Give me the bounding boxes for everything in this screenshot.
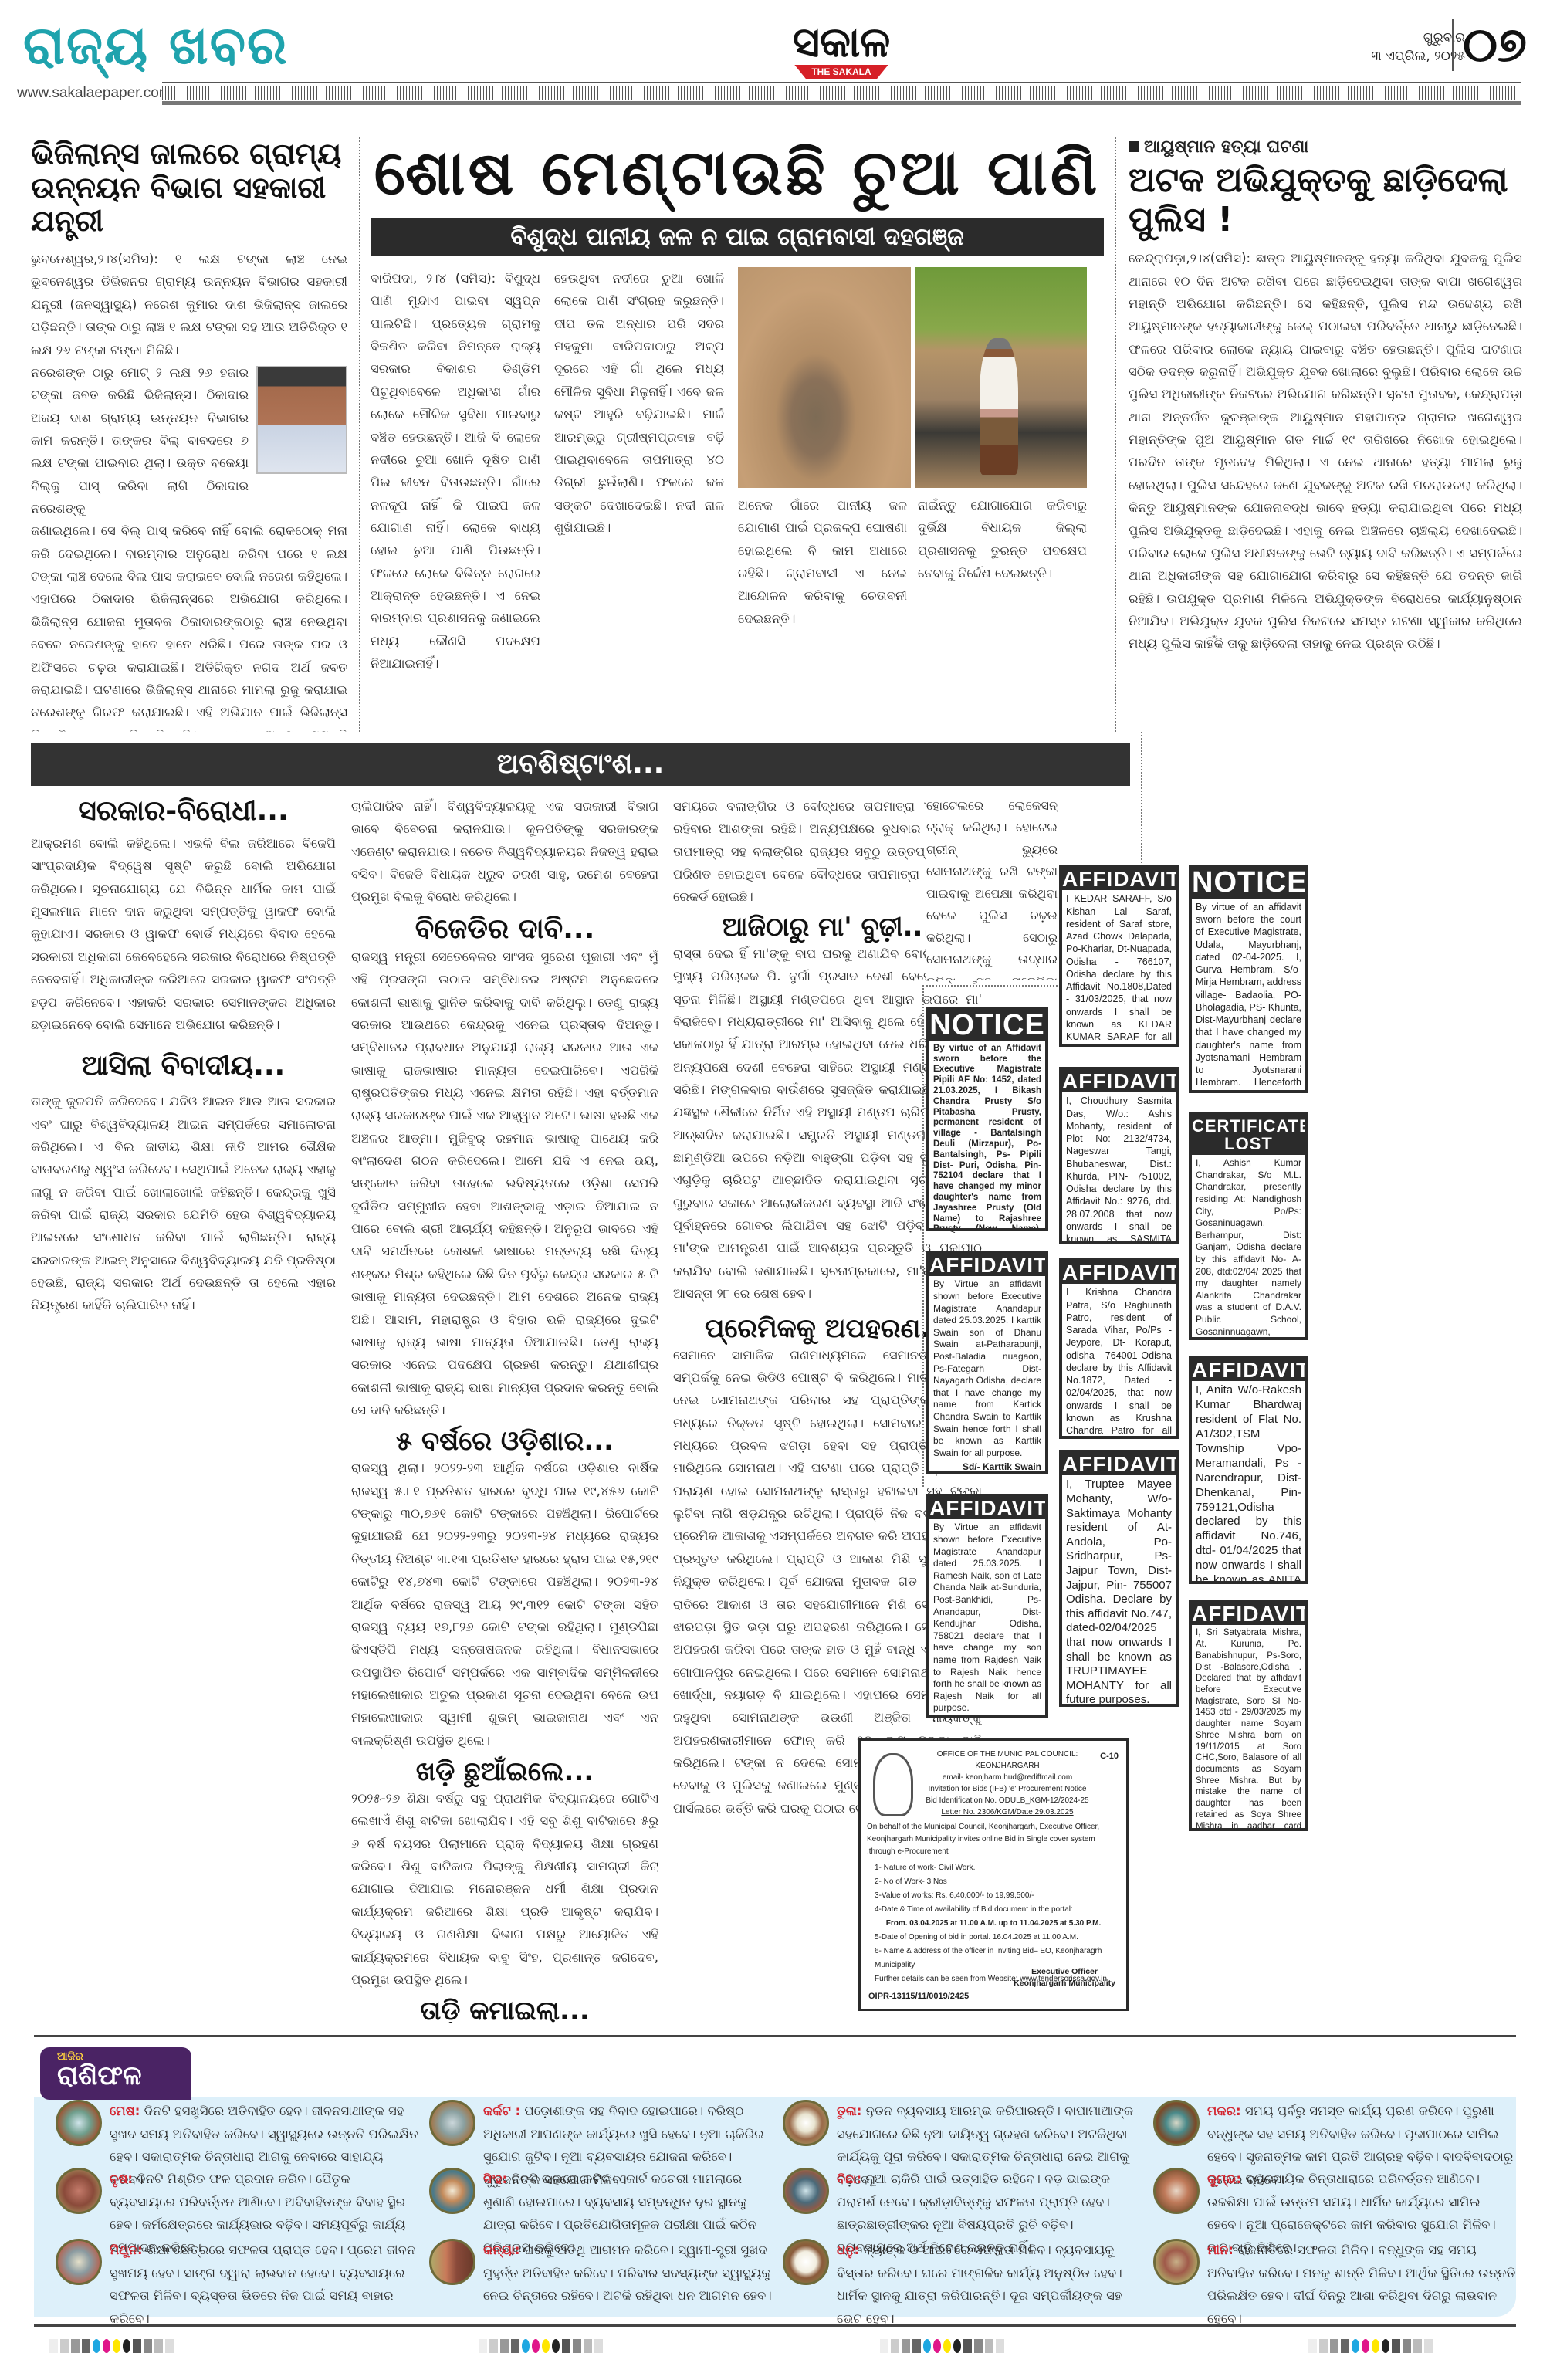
rashi-pisces: ମୀନ: ରାଜନୀତିରେ ସଫଳତା ମିଳିବ। ବନ୍ଧୁଙ୍କ ସହ … (1153, 2239, 1516, 2331)
section-title: ରାଜ୍ୟ ଖବର (23, 15, 289, 77)
story-text: ରାଜସ୍ୱ ମନ୍ତ୍ରୀ ସେତେବେଳର ସାଂସଦ ସୁରେଶ ପୂଜା… (351, 946, 658, 1422)
logo-text: ସକାଳ (787, 22, 895, 63)
subhead: ଖଡ଼ି ଛୁଆଁଇଲେ... (351, 1756, 658, 1787)
classified-affidavit: AFFIDAVIT I KEDAR SARAFF, S/o Kishan Lal… (1059, 865, 1179, 1047)
rashifal-col-4: ମକର: ସମୟ ପୂର୍ବରୁ ସମସ୍ତ କାର୍ଯ୍ୟ ପୂରଣ କରିବ… (1153, 2100, 1516, 2331)
tender-email[interactable]: email- keonjharm.hud@rediffmail.com (919, 1772, 1095, 1783)
municipal-emblem-icon (873, 1753, 913, 1816)
masthead-rule (162, 82, 1521, 105)
divider (926, 985, 1073, 987)
continued-col-1: ସରକାର-ବିରୋଧୀ... ଆକ୍ରମଣ ବୋଲି କହିଥିଲେ। ଏଭଳ… (31, 795, 336, 2023)
classified-notice: NOTICE By virtue of an Affidavit sworn b… (926, 1007, 1048, 1231)
color-registration-strip (479, 2339, 603, 2353)
rashifal-tab: ଆଜିର ରାଶିଫଳ (40, 2047, 191, 2100)
tender-code: C-10 (1100, 1752, 1119, 1761)
continued-col-2: ଚାଲିପାରିବ ନାହିଁ। ବିଶ୍ୱବିଦ୍ୟାଳୟକୁ ଏକ ସରକା… (351, 795, 658, 2023)
rashi-virgo: କନ୍ୟା: ଘରକୁ ଅତିଥି ଆଗମନ କରିବେ। ସ୍ୱାମୀ-ସ୍ତ… (429, 2239, 777, 2307)
story-ayushman: ଆୟୁଷ୍ମାନ ହତ୍ୟା ଘଟଣା ଅଟକ ଅଭିଯୁକ୍ତକୁ ଛାଡ଼ି… (1129, 137, 1522, 732)
color-registration-strip (49, 2339, 174, 2353)
story-col-1: ବାରିପଦା, ୨।୪ (ସମିସ): ବିଶୁଦ୍ଧ ପାଣି ମୁନ୍ଦା… (371, 267, 540, 699)
tender-item: 2- No of Work- 3 Nos (875, 1875, 1112, 1889)
square-bullet-icon (1129, 141, 1139, 152)
story-intro: ଭୁବନେଶ୍ୱର,୨।୪(ସମିସ): ୧ ଲକ୍ଷ ଟଙ୍କା ଲାଞ୍ଚ … (31, 248, 347, 361)
site-url[interactable]: www.sakalaepaper.com (17, 85, 171, 102)
logo-tagline: THE SAKALA (794, 65, 888, 79)
tender-item: 4-Date & Time of availability of Bid doc… (875, 1903, 1112, 1917)
headline: ଅଟକ ଅଭିଯୁକ୍ତକୁ ଛାଡ଼ିଦେଲା ପୁଲିସ ! (1129, 161, 1522, 239)
story-text: ନରେଶଙ୍କ ଠାରୁ ମୋଟ୍ ୨ ଲକ୍ଷ ୨୬ ହଜାର ଟଙ୍କା ଜ… (31, 361, 249, 520)
headline: ଶୋଷ ମେଣ୍ଟାଉଛି ଚୁଆ ପାଣି (371, 137, 1104, 208)
tender-title: Invitation for Bids (IFB) 'e' Procuremen… (919, 1783, 1095, 1795)
color-registration-strip (880, 2339, 1004, 2353)
classified-affidavit: AFFIDAVIT I, Sri Satyabrata Mishra, At. … (1189, 1600, 1308, 1831)
divider (34, 2035, 1516, 2037)
story-col-4: ନାଇଁନ୍ତୁ ଯୋଗାଯୋଗ କରିବାରୁ ଦୁର୍ଭିକ୍ଷ ବିଧାୟ… (918, 494, 1087, 695)
subhead: ତାଡ଼ି କମାଇଲା... (351, 1996, 658, 2023)
dug-water-pit-photo (738, 267, 911, 488)
tender-availability: From. 03.04.2025 at 11.00 A.M. up to 11.… (875, 1917, 1112, 1931)
rashifal-col-2: କର୍କଟ : ପଡ଼ୋଶୀଙ୍କ ସହ ବିବାଦ ହୋଇପାରେ। ବରିଷ… (429, 2100, 777, 2307)
classified-certificate-lost: CERTIFICATE LOST I, Ashish Kumar Chandra… (1189, 1112, 1308, 1340)
scorpio-icon (783, 2168, 829, 2214)
classified-affidavit: AFFIDAVIT I, Truptee Mayee Mohanty, W/o-… (1059, 1450, 1179, 1707)
rashi-scorpio: ବିଛା: ନୂଆ ଚାକିରି ପାଇଁ ଉତ୍ସାହିତ ରହିବେ। ବଡ… (783, 2168, 1138, 2239)
tender-ref: OIPR-13115/11/0019/2425 (868, 1992, 969, 2001)
person-photo (256, 366, 347, 474)
aquarius-icon (1153, 2168, 1200, 2214)
date: ୩ ଏପ୍ରିଲ, ୨୦୨୫ (1371, 48, 1465, 66)
issue-date: ଗୁରୁବାର ୩ ଏପ୍ରିଲ, ୨୦୨୫ (1371, 29, 1465, 66)
tender-item: 3-Value of works: Rs. 6,40,000/- to 19,9… (875, 1889, 1112, 1903)
story-vigilance: ଭିଜିଲାନ୍ସ ଜାଲରେ ଗ୍ରାମ୍ୟ ଉନ୍ନୟନ ବିଭାଗ ସହକ… (31, 137, 347, 732)
classified-affidavit: AFFIDAVIT I, Anita W/o-Rakesh Kumar Bhar… (1189, 1356, 1308, 1584)
subhead: ୫ ବର୍ଷରେ ଓଡ଼ିଶାର... (351, 1426, 658, 1457)
rashi-capricorn: ମକର: ସମୟ ପୂର୍ବରୁ ସମସ୍ତ କାର୍ଯ୍ୟ ପୂରଣ କରିବ… (1153, 2100, 1516, 2168)
aries-icon (56, 2100, 102, 2146)
tender-intro: On behalf of the Municipal Council, Keon… (861, 1818, 1126, 1861)
tender-letter: Letter No. 2306/KGM/Date 29.03.2025 (919, 1806, 1095, 1818)
headline: ଭିଜିଲାନ୍ସ ଜାଲରେ ଗ୍ରାମ୍ୟ ଉନ୍ନୟନ ବିଭାଗ ସହକ… (31, 137, 347, 239)
kicker: ଆୟୁଷ୍ମାନ ହତ୍ୟା ଘଟଣା (1129, 137, 1522, 157)
page-number: ୦୭ (1452, 19, 1527, 71)
libra-icon (783, 2100, 829, 2146)
story-text: ୨୦୨୫-୨୬ ଶିକ୍ଷା ବର୍ଷରୁ ସବୁ ପ୍ରାଥମିକ ବିଦ୍ୟ… (351, 1787, 658, 1991)
villager-river-photo (915, 267, 1088, 488)
subhead: ସରକାର-ବିରୋଧୀ... (31, 795, 336, 828)
continued-col-4: ହୋଟେଲରେ ଲୋକେସନ୍ ଟ୍ରାକ୍ କରିଥିଲା। ହୋଟେଲ ଗ୍… (926, 795, 1058, 980)
rashi-sagittarius: ଧନୁ: ବ୍ୟାଙ୍କ ଓ ଆଇଟିରେ ସଫଳତା ମିଳିବ। ବ୍ୟବସ… (783, 2239, 1138, 2331)
story-body: କେନ୍ଦ୍ରାପଡ଼ା,୨।୪(ସମିସ): ଛାତ୍ର ଆୟୁଷ୍ମାନଙ୍… (1129, 247, 1522, 732)
tender-signatory: Keonjhargarh Municipality (1014, 1978, 1115, 1990)
sagittarius-icon (783, 2239, 829, 2285)
column-divider (359, 137, 360, 732)
color-registration-strip (1308, 2339, 1433, 2353)
gemini-icon (56, 2239, 102, 2285)
story-body: ଜଣାଇଥିଲେ। ସେ ବିଲ୍ ପାସ୍ କରିବେ ନାହିଁ ବୋଲି … (31, 520, 347, 732)
story-col-3: ଅନେକ ଗାଁରେ ପାନୀୟ ଜଳ ଯୋଗାଣ ପାଇଁ ପ୍ରକଳ୍ପ ଘ… (738, 494, 907, 695)
leo-icon (429, 2168, 475, 2214)
classified-notice: NOTICE By virtue of an affidavit sworn b… (1189, 865, 1308, 1093)
deck-bar: ବିଶୁଦ୍ଧ ପାନୀୟ ଜଳ ନ ପାଇ ଗ୍ରାମବାସୀ ଦହଗଞ୍ଜ (371, 218, 1104, 256)
pisces-icon (1153, 2239, 1200, 2285)
rashi-taurus: ବୃଷ: ଦିନଟି ମିଶ୍ରିତ ଫଳ ପ୍ରଦାନ କରିବ। ପୈତୃକ… (56, 2168, 418, 2239)
capricorn-icon (1153, 2100, 1200, 2146)
weekday: ଗୁରୁବାର (1371, 29, 1465, 48)
story-text: ହୋଟେଲରେ ଲୋକେସନ୍ ଟ୍ରାକ୍ କରିଥିଲା। ହୋଟେଲ ଗ୍… (926, 795, 1058, 980)
tender-item: 1- Nature of work- Civil Work. (875, 1861, 1112, 1875)
rashi-aries: ମେଷ: ଦିନଟି ହସଖୁସିରେ ଅତିବାହିତ ହେବ। ଜୀବନସା… (56, 2100, 418, 2168)
tender-notice: OFFICE OF THE MUNICIPAL COUNCIL: KEONJHA… (858, 1738, 1129, 2011)
column-divider (1115, 137, 1116, 732)
virgo-icon (429, 2239, 475, 2285)
rashifal-col-3: ତୁଳା: ନୂତନ ବ୍ୟବସାୟ ଆରମ୍ଭ କରିପାରନ୍ତି। ବାପ… (783, 2100, 1138, 2331)
divider (922, 985, 924, 1487)
classified-affidavit: AFFIDAVIT By Virtue an affidavit shown b… (926, 1494, 1048, 1718)
rashi-gemini: ମିଥୁନ: ଶିକ୍ଷା କ୍ଷେତ୍ରରେ ସଫଳତା ପ୍ରାପ୍ତ ହେ… (56, 2239, 418, 2331)
footer-rule (34, 2324, 1516, 2327)
newspaper-logo: ସକାଳ THE SAKALA (787, 22, 895, 79)
tender-office: OFFICE OF THE MUNICIPAL COUNCIL: KEONJHA… (919, 1749, 1095, 1772)
tender-item: 5-Date of Opening of bid in portal. 16.0… (875, 1931, 1112, 1945)
story-text: ରାଜସ୍ୱ ଥିଲା। ୨୦୨୨-୨୩ ଆର୍ଥିକ ବର୍ଷରେ ଓଡ଼ିଶ… (351, 1457, 658, 1752)
story-col-2: ହେଉଥିବା ନଦୀରେ ଚୁଆ ଖୋଳି ଲୋକେ ପାଣି ସଂଗ୍ରହ … (554, 267, 724, 699)
taurus-icon (56, 2168, 102, 2214)
story-text: ଆକ୍ରମଣ ବୋଲି କହିଥିଲେ। ଏଭଳି ବିଲ ଜରିଆରେ ବିଜ… (31, 832, 336, 1036)
cancer-icon (429, 2100, 475, 2146)
rashi-leo: ସିଂହ: ଦିନଟି ଭଲରେ କଟିବ। କୋର୍ଟ କଚେରୀ ମାମଲା… (429, 2168, 777, 2239)
tender-signatory: Executive Officer (1014, 1966, 1115, 1979)
classified-affidavit: AFFIDAVIT By Virtue an affidavit shown b… (926, 1251, 1048, 1474)
rashi-aquarius: କୁମ୍ଭ: ବ୍ୟବସାୟିକ ଚିନ୍ତାଧାରାରେ ପରିବର୍ତ୍ତନ… (1153, 2168, 1516, 2239)
rashi-cancer: କର୍କଟ : ପଡ଼ୋଶୀଙ୍କ ସହ ବିବାଦ ହୋଇପାରେ। ବରିଷ… (429, 2100, 777, 2168)
story-water: ଶୋଷ ମେଣ୍ଟାଉଛି ଚୁଆ ପାଣି ବିଶୁଦ୍ଧ ପାନୀୟ ଜଳ … (371, 137, 1104, 732)
classified-affidavit: AFFIDAVIT I, Choudhury Sasmita Das, W/o.… (1059, 1067, 1179, 1244)
subhead: ଆସିଲା ବିବାଦୀୟ... (31, 1050, 336, 1082)
subhead: ବିଜେଡିର ଦାବି... (351, 913, 658, 946)
story-text: ଚାଲିପାରିବ ନାହିଁ। ବିଶ୍ୱବିଦ୍ୟାଳୟକୁ ଏକ ସରକା… (351, 795, 658, 909)
story-text: ତାଙ୍କୁ କୁଳପତି କରିଦେବେ। ଯଦିଓ ଆଇନ ଆଉ ଆଉ ସର… (31, 1090, 336, 1317)
rashi-libra: ତୁଳା: ନୂତନ ବ୍ୟବସାୟ ଆରମ୍ଭ କରିପାରନ୍ତି। ବାପ… (783, 2100, 1138, 2168)
rashifal-col-1: ମେଷ: ଦିନଟି ହସଖୁସିରେ ଅତିବାହିତ ହେବ। ଜୀବନସା… (56, 2100, 418, 2331)
section-bar-continued: ଅବଶିଷ୍ଟାଂଶ... (31, 743, 1130, 786)
tender-bid-id: Bid Identification No. ODULB_KGM-12/2024… (919, 1795, 1095, 1806)
classified-affidavit: AFFIDAVIT I Krishna Chandra Patra, S/o R… (1059, 1258, 1179, 1439)
